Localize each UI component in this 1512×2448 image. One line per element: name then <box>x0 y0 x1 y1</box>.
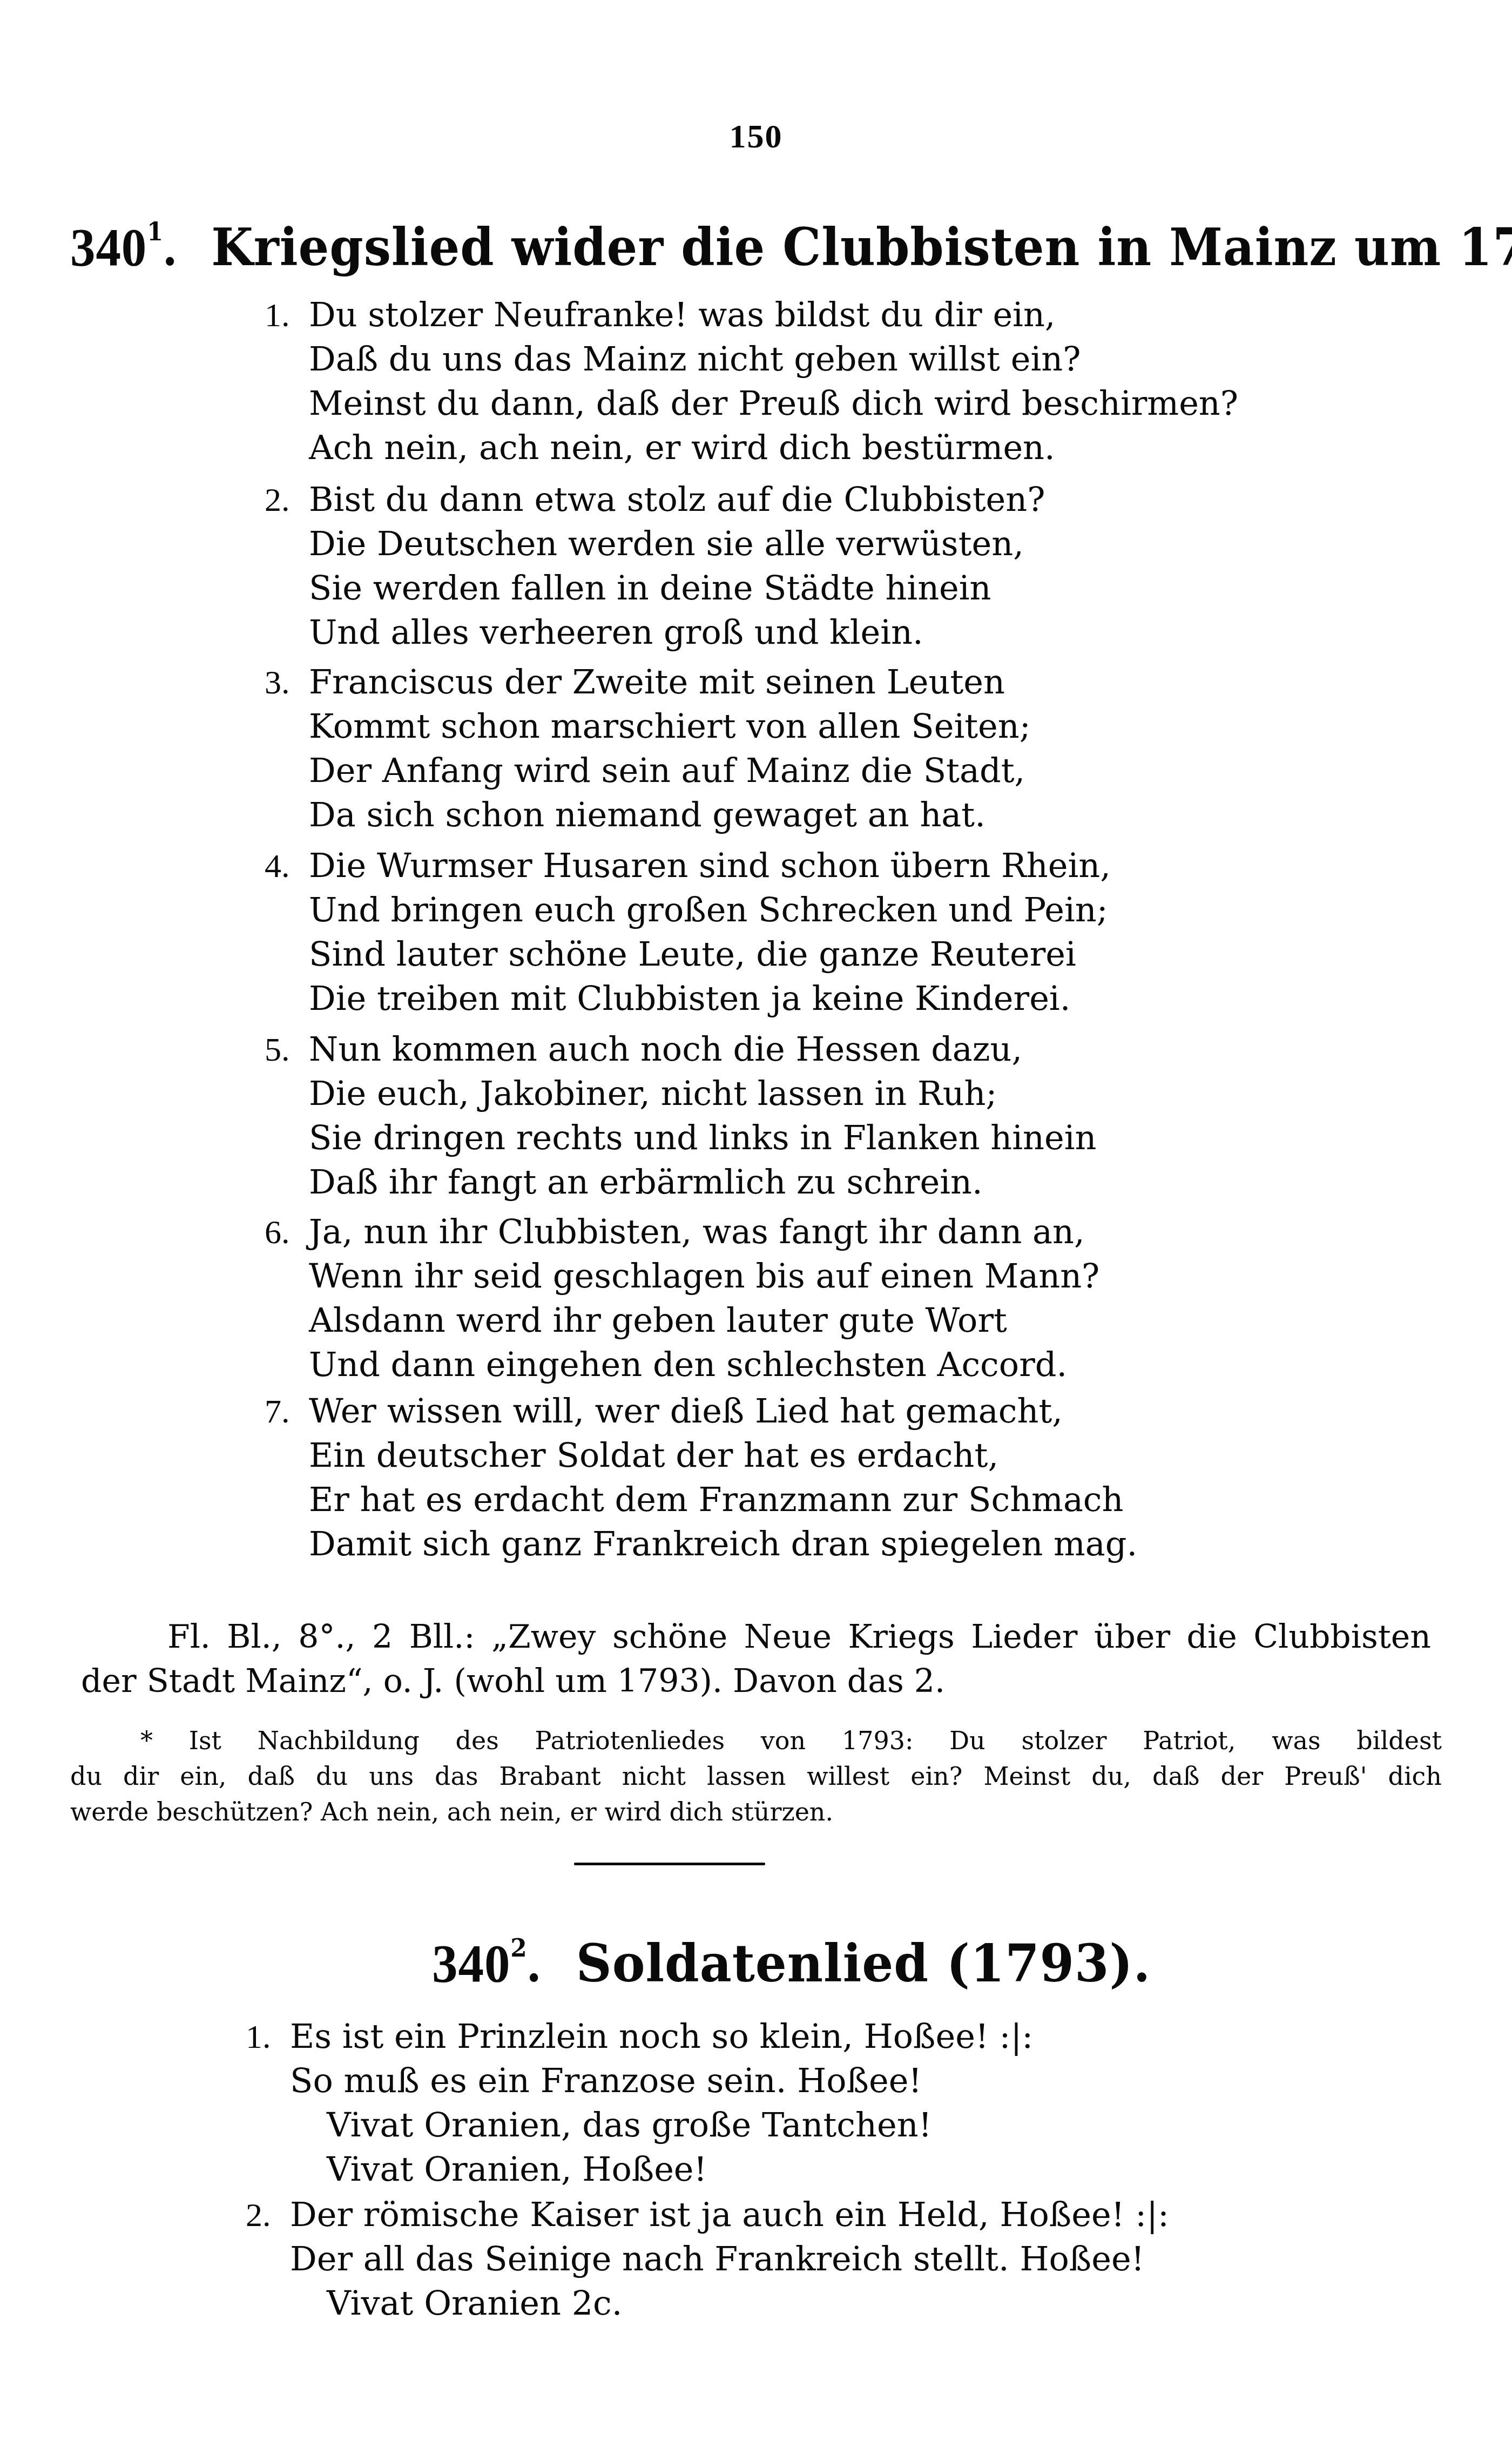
verse-line: Daß ihr fangt an erbärmlich zu schrein. <box>265 1160 1096 1204</box>
song-title-340-1: 3401. Kriegslied wider die Clubbisten in… <box>70 216 1512 278</box>
verse-line: Und bringen euch großen Schrecken und Pe… <box>265 888 1111 932</box>
song-title-text: Kriegslied wider die Clubbisten in Mainz… <box>211 217 1512 278</box>
verse-line: Ein deutscher Soldat der hat es erdacht, <box>265 1433 1137 1478</box>
verse-line: Meinst du dann, daß der Preuß dich wird … <box>265 381 1238 426</box>
source-note-line: Fl. Bl., 8°., 2 Bll.: „Zwey schöne Neue … <box>81 1615 1431 1659</box>
stanza-number: 2. <box>265 478 309 522</box>
verse-line: So muß es ein Franzose sein. Hoßee! <box>246 2059 1033 2103</box>
footnote-line: * Ist Nachbildung des Patriotenliedes vo… <box>70 1723 1442 1758</box>
verse-line: Nun kommen auch noch die Hessen dazu, <box>309 1029 1022 1069</box>
verse-line: Franciscus der Zweite mit seinen Leuten <box>309 662 1005 702</box>
stanza-number: 1. <box>265 293 309 338</box>
verse-line: Der Anfang wird sein auf Mainz die Stadt… <box>265 748 1031 793</box>
verse-line-refrain: Vivat Oranien, das große Tantchen! <box>246 2103 1033 2147</box>
verse-line: Damit sich ganz Frankreich dran spiegele… <box>265 1522 1137 1566</box>
verse-line: Bist du dann etwa stolz auf die Clubbist… <box>309 480 1045 519</box>
verse-line: Der römische Kaiser ist ja auch ein Held… <box>290 2195 1169 2234</box>
verse-line: Die Wurmser Husaren sind schon übern Rhe… <box>309 846 1111 885</box>
song-number-superscript: 1 <box>147 217 164 246</box>
source-note-line: der Stadt Mainz“, o. J. (wohl um 1793). … <box>81 1662 945 1700</box>
stanza-1: 1.Es ist ein Prinzlein noch so klein, Ho… <box>246 2014 1033 2191</box>
song-title-340-2: 3402. Soldatenlied (1793). <box>432 1932 1151 1994</box>
song-title-text: Soldatenlied (1793). <box>576 1933 1151 1994</box>
verse-line: Da sich schon niemand gewaget an hat. <box>265 793 1031 837</box>
verse-line: Und dann eingehen den schlechsten Accord… <box>265 1343 1099 1387</box>
verse-line: Der all das Seinige nach Frankreich stel… <box>246 2237 1169 2281</box>
song-number: 340 <box>432 1933 510 1993</box>
source-note: Fl. Bl., 8°., 2 Bll.: „Zwey schöne Neue … <box>81 1615 1431 1703</box>
footnote-line: du dir ein, daß du uns das Brabant nicht… <box>70 1758 1442 1794</box>
verse-line: Kommt schon marschiert von allen Seiten; <box>265 704 1031 748</box>
verse-line: Wer wissen will, wer dieß Lied hat gemac… <box>309 1391 1063 1431</box>
verse-line: Und alles verheeren groß und klein. <box>265 610 1045 655</box>
stanza-number: 1. <box>246 2015 290 2059</box>
verse-line: Wenn ihr seid geschlagen bis auf einen M… <box>265 1254 1099 1298</box>
stanza-number: 2. <box>246 2193 290 2237</box>
verse-line: Du stolzer Neufranke! was bildst du dir … <box>309 295 1056 334</box>
stanza-2: 2.Der römische Kaiser ist ja auch ein He… <box>246 2193 1169 2325</box>
stanza-6: 6.Ja, nun ihr Clubbisten, was fangt ihr … <box>265 1210 1099 1387</box>
song-number: 340 <box>70 217 147 277</box>
verse-line: Alsdann werd ihr geben lauter gute Wort <box>265 1298 1099 1343</box>
verse-line: Es ist ein Prinzlein noch so klein, Hoße… <box>290 2017 1033 2056</box>
verse-line: Ja, nun ihr Clubbisten, was fangt ihr da… <box>309 1212 1085 1251</box>
verse-line: Die euch, Jakobiner, nicht lassen in Ruh… <box>265 1071 1096 1116</box>
verse-line: Die Deutschen werden sie alle verwüsten, <box>265 522 1045 566</box>
verse-line-refrain: Vivat Oranien 2c. <box>246 2281 1169 2325</box>
footnote: * Ist Nachbildung des Patriotenliedes vo… <box>70 1723 1442 1830</box>
section-divider <box>574 1863 765 1865</box>
stanza-3: 3.Franciscus der Zweite mit seinen Leute… <box>265 660 1031 837</box>
stanza-1: 1.Du stolzer Neufranke! was bildst du di… <box>265 293 1238 470</box>
verse-line-refrain: Vivat Oranien, Hoßee! <box>246 2147 1033 2191</box>
song-number-superscript: 2 <box>510 1933 527 1963</box>
footnote-line: werde beschützen? Ach nein, ach nein, er… <box>70 1794 1442 1830</box>
stanza-5: 5.Nun kommen auch noch die Hessen dazu, … <box>265 1027 1096 1204</box>
verse-line: Daß du uns das Mainz nicht geben willst … <box>265 337 1238 381</box>
verse-line: Sie werden fallen in deine Städte hinein <box>265 566 1045 610</box>
stanza-2: 2.Bist du dann etwa stolz auf die Clubbi… <box>265 477 1045 655</box>
stanza-7: 7.Wer wissen will, wer dieß Lied hat gem… <box>265 1389 1137 1566</box>
verse-line: Sie dringen rechts und links in Flanken … <box>265 1116 1096 1160</box>
verse-line: Ach nein, ach nein, er wird dich bestürm… <box>265 426 1238 470</box>
verse-line: Sind lauter schöne Leute, die ganze Reut… <box>265 932 1111 976</box>
verse-line: Die treiben mit Clubbisten ja keine Kind… <box>265 976 1111 1021</box>
stanza-number: 6. <box>265 1210 309 1255</box>
stanza-4: 4.Die Wurmser Husaren sind schon übern R… <box>265 844 1111 1021</box>
stanza-number: 3. <box>265 660 309 705</box>
stanza-number: 7. <box>265 1390 309 1434</box>
stanza-number: 4. <box>265 844 309 888</box>
page-number: 150 <box>0 118 1512 156</box>
stanza-number: 5. <box>265 1028 309 1072</box>
verse-line: Er hat es erdacht dem Franzmann zur Schm… <box>265 1478 1137 1522</box>
